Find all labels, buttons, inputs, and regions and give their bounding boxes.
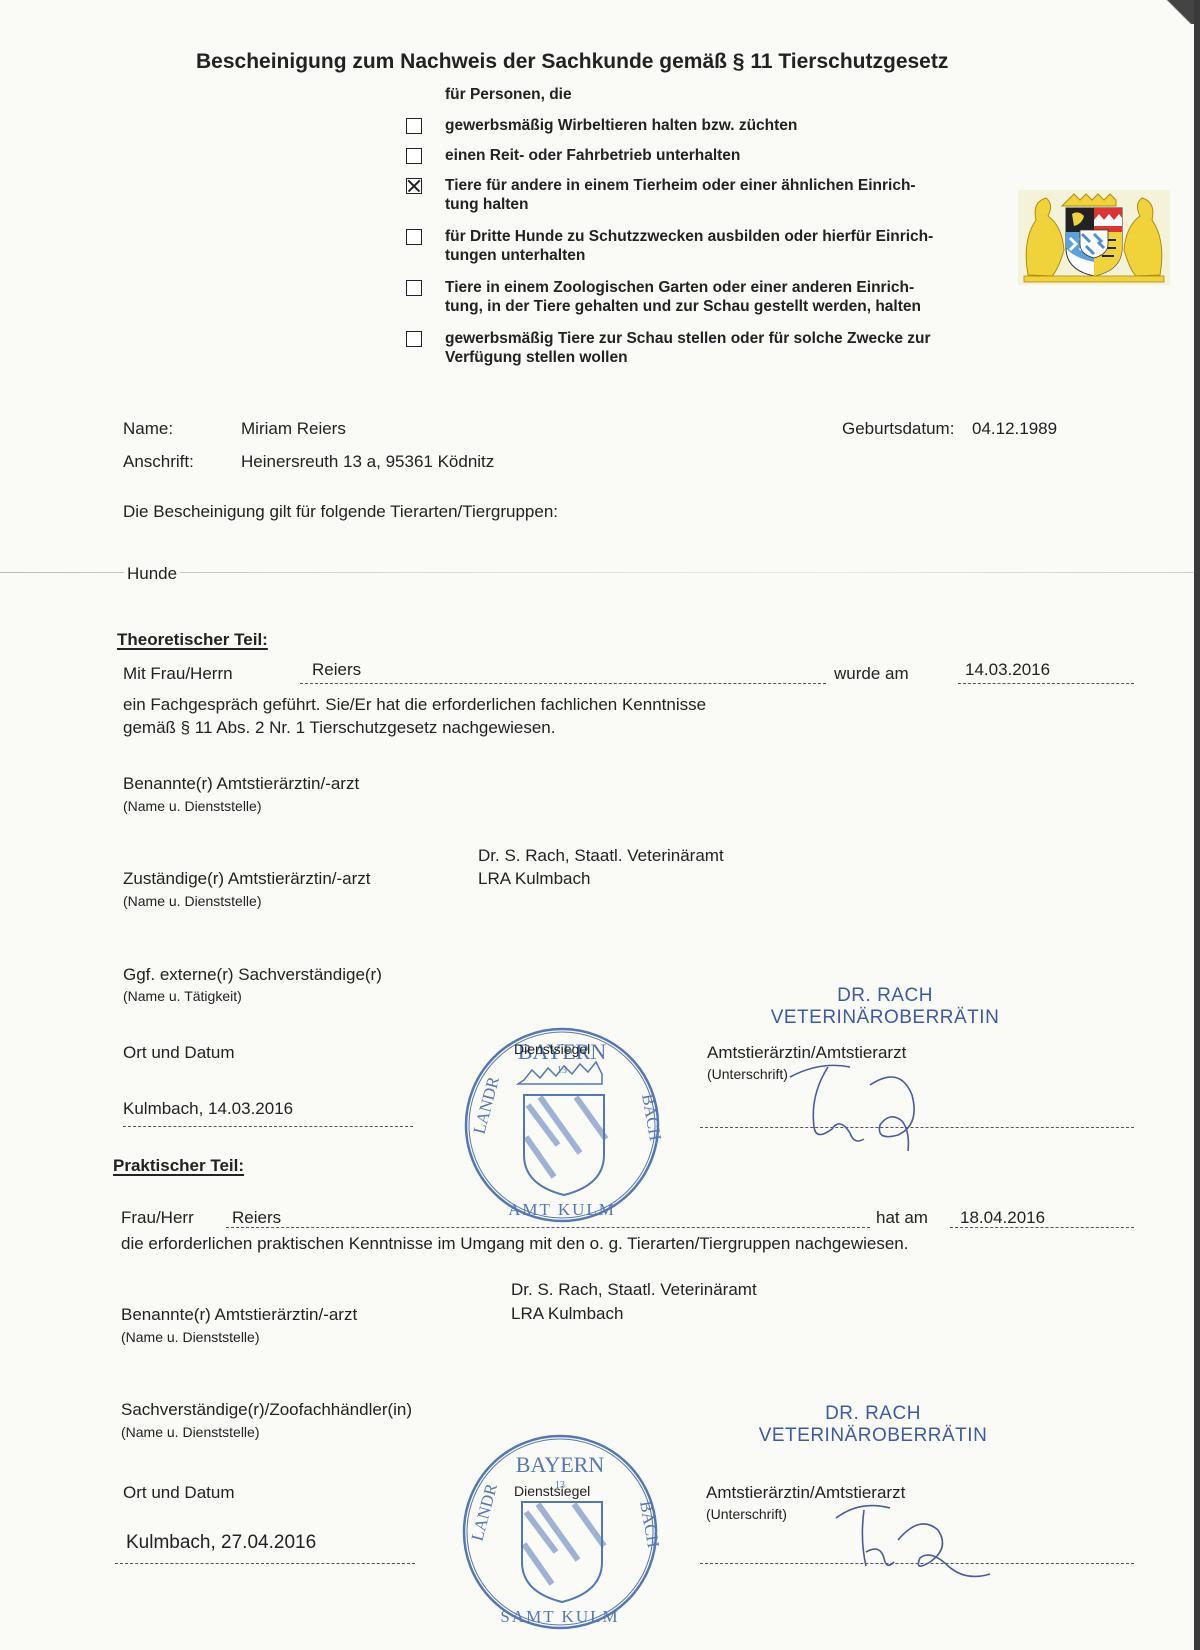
address-value: Heinersreuth 13 a, 95361 Ködnitz <box>241 452 494 472</box>
theory-heading: Theoretischer Teil: <box>117 630 268 650</box>
practice-date-label: hat am <box>876 1208 928 1228</box>
theory-place-line <box>123 1126 413 1127</box>
practice-official-stamp: DR. RACH VETERINÄROBERRÄTIN <box>728 1403 1018 1447</box>
scan-edge <box>1194 0 1200 1650</box>
practice-place-value: Kulmbach, 27.04.2016 <box>126 1532 316 1554</box>
document-title: Bescheinigung zum Nachweis der Sachkunde… <box>196 50 948 74</box>
theory-date-line <box>958 683 1134 684</box>
stamp-line-2: VETERINÄROBERRÄTIN <box>728 1425 1018 1447</box>
practice-appointed-value-1: Dr. S. Rach, Staatl. Veterinäramt <box>511 1280 757 1300</box>
intro-text: für Personen, die <box>445 86 572 104</box>
theory-with-label: Mit Frau/Herrn <box>123 664 233 684</box>
practice-appointed-sub: (Name u. Dienststelle) <box>121 1329 260 1345</box>
theory-signature-icon <box>780 1055 960 1155</box>
practice-seal-label: Dienstsiegel <box>514 1483 590 1499</box>
scope-label: Die Bescheinigung gilt für folgende Tier… <box>123 502 558 522</box>
theory-official-stamp: DR. RACH VETERINÄROBERRÄTIN <box>740 985 1030 1029</box>
theory-responsible-label: Zuständige(r) Amtstierärztin/-arzt <box>123 869 371 889</box>
practice-place-line <box>115 1563 415 1564</box>
birthdate-label: Geburtsdatum: <box>842 419 954 439</box>
option-checkbox-0[interactable] <box>406 118 422 134</box>
theory-with-name: Reiers <box>312 660 361 680</box>
svg-text:AMT KULM: AMT KULM <box>508 1200 616 1219</box>
stamp-line-1: DR. RACH <box>728 1403 1018 1425</box>
name-value: Miriam Reiers <box>241 419 346 439</box>
option-label-4: Tiere in einem Zoologischen Garten oder … <box>445 278 1005 316</box>
svg-text:13: 13 <box>557 1065 567 1076</box>
option-label-0: gewerbsmäßig Wirbeltieren halten bzw. zü… <box>445 116 1005 135</box>
practice-heading: Praktischer Teil: <box>113 1156 244 1176</box>
theory-sign-sub: (Unterschrift) <box>707 1066 788 1082</box>
option-label-1: einen Reit- oder Fahrbetrieb unterhalten <box>445 146 1005 165</box>
address-label: Anschrift: <box>123 452 194 472</box>
practice-appointed-label: Benannte(r) Amtstierärztin/-arzt <box>121 1305 357 1325</box>
svg-text:BAYERN: BAYERN <box>516 1452 605 1477</box>
svg-text:SAMT KULM: SAMT KULM <box>500 1607 619 1626</box>
page-corner <box>1164 0 1194 24</box>
theory-appointed-sub: (Name u. Dienststelle) <box>123 798 262 814</box>
theory-date-value: 14.03.2016 <box>965 660 1050 680</box>
birthdate-value: 04.12.1989 <box>972 419 1057 439</box>
practice-date-line <box>950 1227 1134 1228</box>
practice-expert-label: Sachverständige(r)/Zoofachhändler(in) <box>121 1400 412 1420</box>
official-seal-icon: BAYERN 13 SAMT KULM LANDR BACH <box>460 1432 660 1632</box>
theory-date-label: wurde am <box>834 664 909 684</box>
practice-signature-icon <box>830 1500 1010 1590</box>
stamp-line-1: DR. RACH <box>740 985 1030 1007</box>
option-label-5: gewerbsmäßig Tiere zur Schau stellen ode… <box>445 329 1005 367</box>
scope-value: Hunde <box>124 564 180 584</box>
practice-sign-sub: (Unterschrift) <box>706 1506 787 1522</box>
option-checkbox-4[interactable] <box>406 280 422 296</box>
option-label-3: für Dritte Hunde zu Schutzzwecken ausbil… <box>445 227 1005 265</box>
practice-date-value: 18.04.2016 <box>960 1208 1045 1228</box>
theory-external-sub: (Name u. Tätigkeit) <box>123 988 242 1004</box>
theory-external-label: Ggf. externe(r) Sachverständige(r) <box>123 965 382 985</box>
theory-place-value: Kulmbach, 14.03.2016 <box>123 1099 293 1119</box>
theory-responsible-value-1: Dr. S. Rach, Staatl. Veterinäramt <box>478 846 724 866</box>
name-label: Name: <box>123 419 173 439</box>
svg-text:BACH: BACH <box>638 1092 662 1142</box>
practice-with-name: Reiers <box>232 1208 281 1228</box>
stamp-line-2: VETERINÄROBERRÄTIN <box>740 1007 1030 1029</box>
option-label-2: Tiere für andere in einem Tierheim oder … <box>445 176 1005 214</box>
option-checkbox-3[interactable] <box>406 229 422 245</box>
theory-responsible-value-2: LRA Kulmbach <box>478 869 590 889</box>
theory-appointed-label: Benannte(r) Amtstierärztin/-arzt <box>123 774 359 794</box>
theory-text-1: ein Fachgespräch geführt. Sie/Er hat die… <box>123 695 706 715</box>
theory-seal-label: Dienstsiegel <box>514 1041 590 1057</box>
theory-responsible-sub: (Name u. Dienststelle) <box>123 893 262 909</box>
practice-appointed-value-2: LRA Kulmbach <box>511 1304 623 1324</box>
practice-text-1: die erforderlichen praktischen Kenntniss… <box>121 1234 908 1254</box>
practice-with-label: Frau/Herr <box>121 1208 194 1228</box>
theory-name-line <box>300 683 826 684</box>
svg-text:BACH: BACH <box>636 1499 660 1549</box>
option-checkbox-5[interactable] <box>406 331 422 347</box>
theory-text-2: gemäß § 11 Abs. 2 Nr. 1 Tierschutzgesetz… <box>123 718 555 738</box>
theory-place-label: Ort und Datum <box>123 1043 235 1063</box>
option-checkbox-1[interactable] <box>406 148 422 164</box>
practice-name-line <box>226 1227 870 1228</box>
bavarian-coat-of-arms-icon <box>1018 190 1170 285</box>
option-checkbox-2[interactable] <box>406 178 422 194</box>
practice-expert-sub: (Name u. Dienststelle) <box>121 1424 260 1440</box>
certificate-page: Bescheinigung zum Nachweis der Sachkunde… <box>0 0 1194 1650</box>
practice-place-label: Ort und Datum <box>123 1483 235 1503</box>
